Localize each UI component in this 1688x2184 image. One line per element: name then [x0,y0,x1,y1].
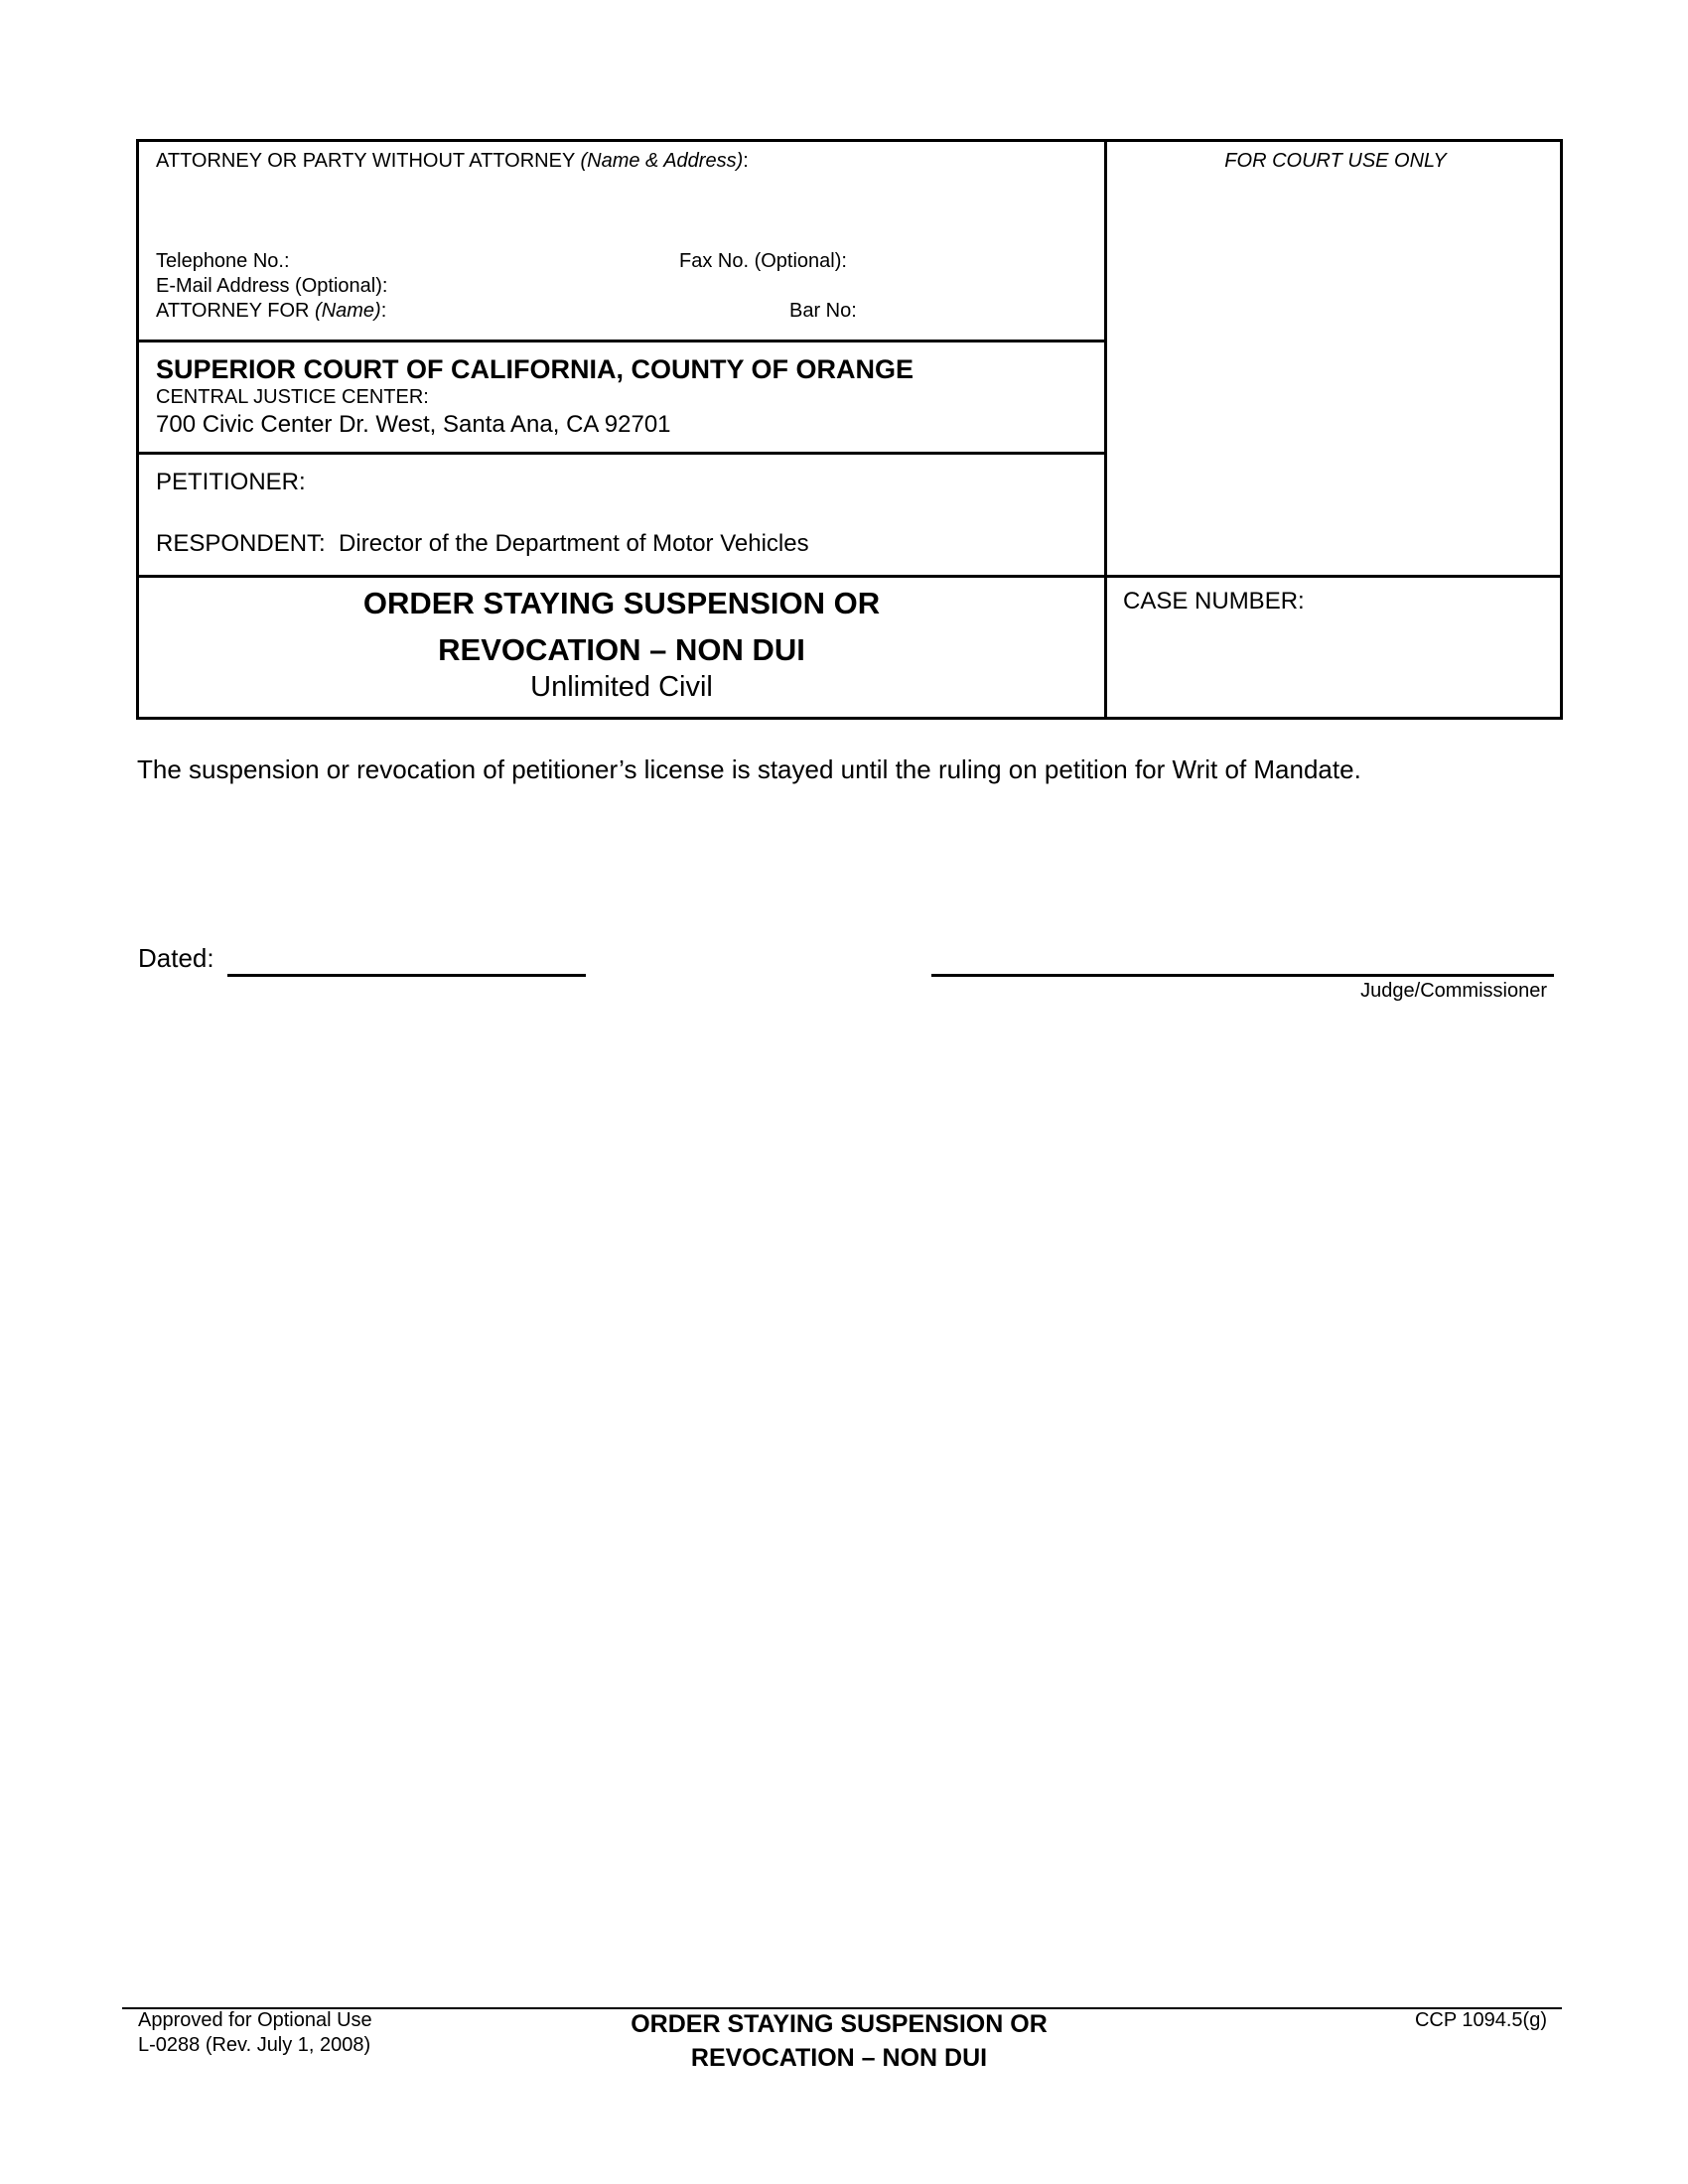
footer-form-number: L-0288 (Rev. July 1, 2008) [138,2034,370,2057]
case-number-field[interactable] [1123,625,1550,705]
dated-line [227,974,586,977]
attorney-for-text: ATTORNEY FOR [156,300,315,322]
attorney-heading-suffix: : [743,150,749,172]
petitioner-field[interactable] [328,469,1082,498]
parties-title-divider [136,575,1563,578]
court-name: SUPERIOR COURT OF CALIFORNIA, COUNTY OF … [156,354,914,385]
respondent-label: RESPONDENT: [156,530,326,557]
court-address: 700 Civic Center Dr. West, Santa Ana, CA… [156,411,671,439]
attorney-heading: ATTORNEY OR PARTY WITHOUT ATTORNEY (Name… [156,150,749,173]
attorney-for-suffix: : [381,300,387,322]
court-use-label: FOR COURT USE ONLY [1107,150,1564,173]
document-title-line2: REVOCATION – NON DUI [139,632,1104,668]
bar-no-label: Bar No: [789,300,857,323]
footer-code-reference: CCP 1094.5(g) [1249,2009,1547,2032]
attorney-name-address-field[interactable] [156,179,1089,248]
case-number-label: CASE NUMBER: [1123,588,1305,615]
attorney-for-label: ATTORNEY FOR (Name): [156,300,386,323]
email-label: E-Mail Address (Optional): [156,275,387,298]
caption-vertical-divider [1104,139,1107,720]
petitioner-label: PETITIONER: [156,469,306,496]
order-text: The suspension or revocation of petition… [137,754,1361,785]
attorney-heading-italic: (Name & Address) [580,150,743,172]
judge-commissioner-label: Judge/Commissioner [931,980,1547,1003]
footer-title-line1: ORDER STAYING SUSPENSION OR [541,2007,1137,2041]
dated-field[interactable] [227,943,586,973]
fax-label: Fax No. (Optional): [679,250,847,273]
respondent-value: Director of the Department of Motor Vehi… [339,530,809,557]
respondent-row: RESPONDENT: Director of the Department o… [156,530,809,558]
attorney-court-divider [136,340,1106,342]
judge-signature-line[interactable] [931,974,1554,977]
telephone-label: Telephone No.: [156,250,290,273]
document-title-line1: ORDER STAYING SUSPENSION OR [139,586,1104,621]
attorney-heading-text: ATTORNEY OR PARTY WITHOUT ATTORNEY [156,150,580,172]
attorney-for-italic: (Name) [315,300,381,322]
footer-title-line2: REVOCATION – NON DUI [541,2041,1137,2075]
center-name: CENTRAL JUSTICE CENTER: [156,386,429,409]
dated-label: Dated: [138,943,214,974]
footer-approval: Approved for Optional Use [138,2009,372,2032]
case-type: Unlimited Civil [139,671,1104,704]
footer-title: ORDER STAYING SUSPENSION OR REVOCATION –… [541,2007,1137,2075]
court-parties-divider [136,452,1106,455]
